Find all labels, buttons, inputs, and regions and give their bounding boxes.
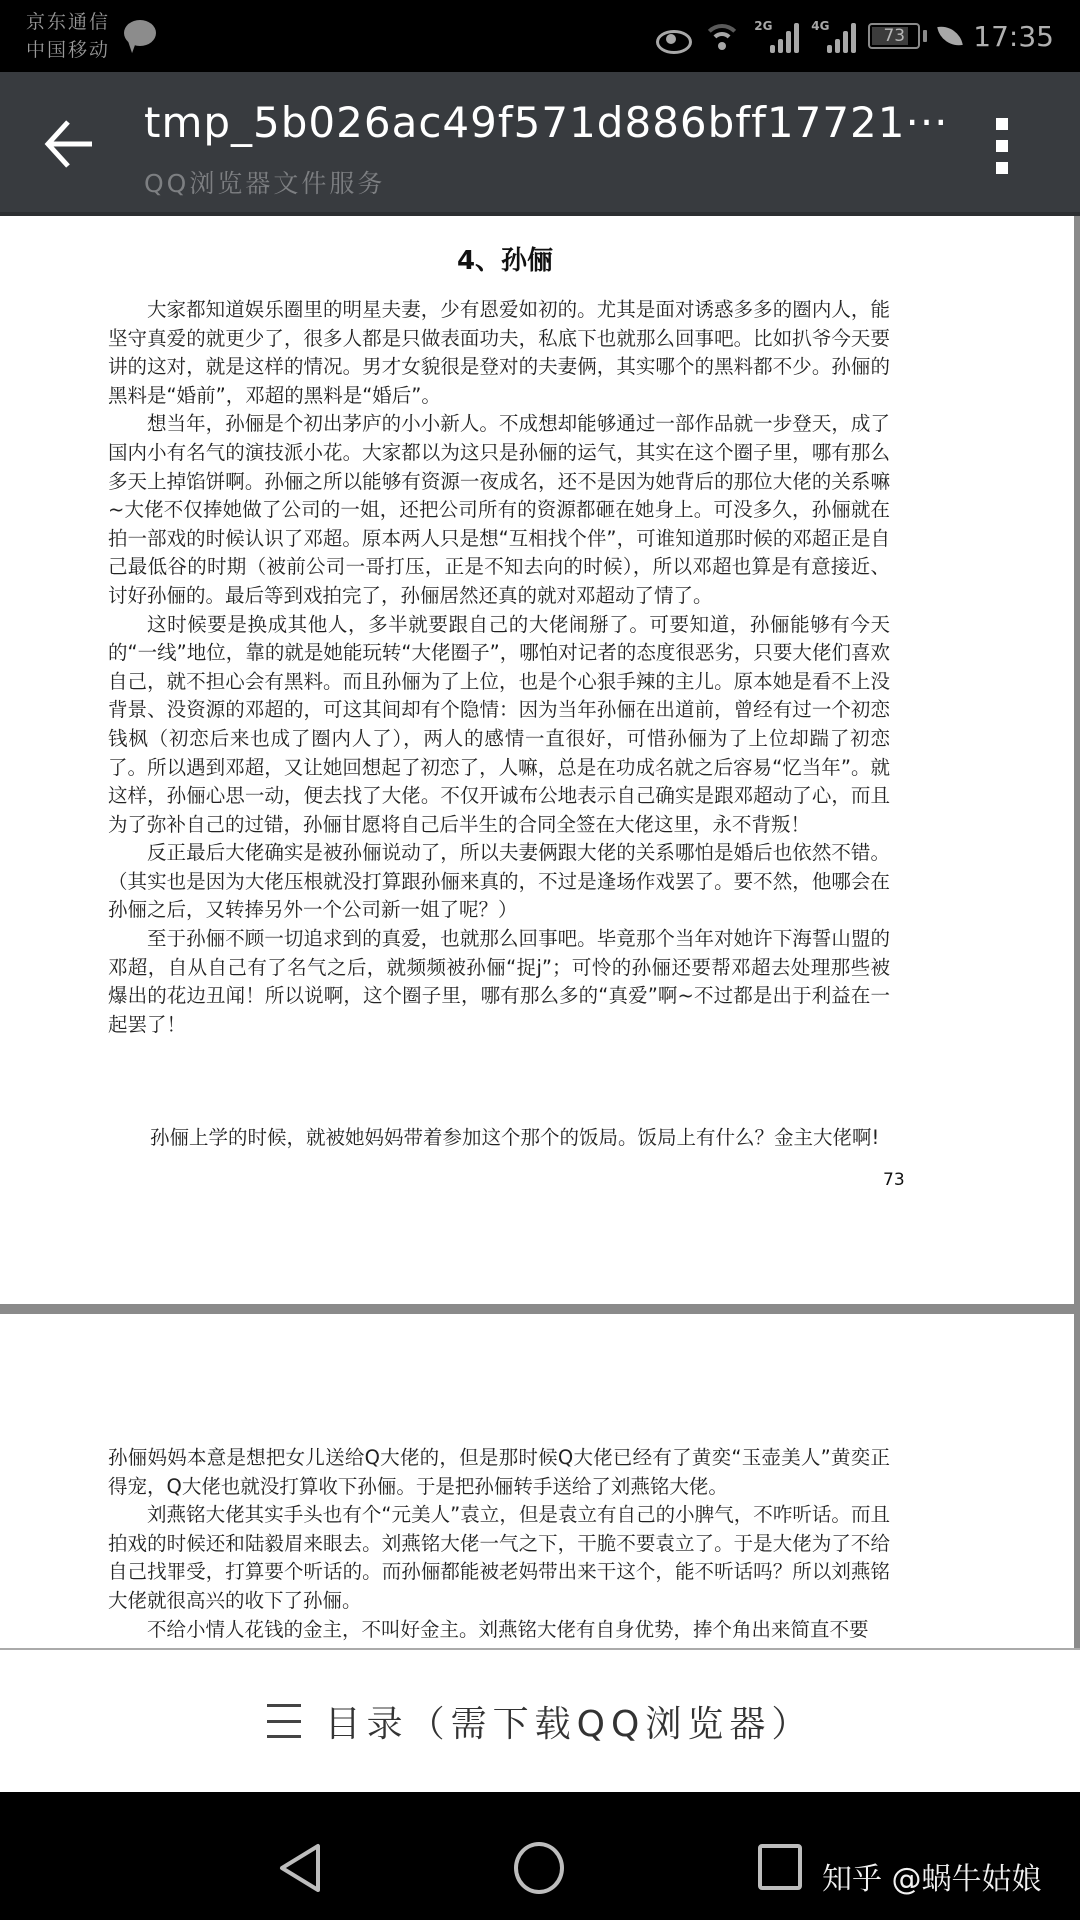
file-subtitle: QQ浏览器文件服务 bbox=[144, 164, 385, 200]
clock: 17:35 bbox=[973, 20, 1054, 53]
page1-body: 大家都知道娱乐圈里的明星夫妻，少有恩爱如初的。尤其是面对诱惑多多的圈内人，能坚守… bbox=[108, 296, 890, 1039]
carrier-2: 中国移动 bbox=[26, 36, 110, 64]
status-bar: 京东通信 中国移动 2G 4G 73 17:35 bbox=[0, 0, 1080, 72]
toc-bar: 目录（需下载QQ浏览器） bbox=[0, 1648, 1080, 1792]
system-nav-bar: 知乎 @蜗牛姑娘 bbox=[0, 1792, 1080, 1920]
paragraph: 想当年，孙俪是个初出茅庐的小小新人。不成想却能够通过一部作品就一步登天，成了国内… bbox=[108, 410, 890, 610]
status-icons: 2G 4G 73 17:35 bbox=[654, 14, 1054, 58]
vertical-scrollbar[interactable] bbox=[1074, 216, 1080, 1648]
back-button[interactable] bbox=[40, 116, 100, 172]
page-number: 73 bbox=[883, 1170, 905, 1190]
paragraph: 反正最后大佬确实是被孙俪说动了，所以夫妻俩跟大佬的关系哪怕是婚后也依然不错。（其… bbox=[108, 839, 890, 925]
document-viewer[interactable]: 4、孙俪 大家都知道娱乐圈里的明星夫妻，少有恩爱如初的。尤其是面对诱惑多多的圈内… bbox=[0, 216, 1080, 1648]
message-notification-icon bbox=[124, 20, 156, 46]
arrow-left-icon bbox=[40, 116, 100, 172]
recent-apps-square-icon[interactable] bbox=[758, 1844, 802, 1890]
wifi-icon bbox=[702, 20, 742, 52]
carrier-info: 京东通信 中国移动 bbox=[26, 8, 110, 64]
battery-level: 73 bbox=[883, 26, 905, 46]
paragraph: 至于孙俪不顾一切追求到的真爱，也就那么回事吧。毕竟那个当年对她许下海誓山盟的邓超… bbox=[108, 925, 890, 1039]
eye-comfort-icon bbox=[654, 21, 690, 51]
back-triangle-icon[interactable] bbox=[278, 1842, 322, 1894]
chapter-title: 4、孙俪 bbox=[0, 240, 1010, 277]
more-vertical-icon bbox=[996, 118, 1008, 130]
paragraph: 孙俪妈妈本意是想把女儿送给Q大佬的，但是那时候Q大佬已经有了黄奕“玉壶美人”黄奕… bbox=[108, 1444, 890, 1501]
signal-4g-icon: 4G bbox=[811, 19, 856, 53]
page2-body: 孙俪妈妈本意是想把女儿送给Q大佬的，但是那时候Q大佬已经有了黄奕“玉壶美人”黄奕… bbox=[108, 1444, 890, 1644]
page-separator bbox=[0, 1304, 1074, 1314]
paragraph: 这时候要是换成其他人，多半就要跟自己的大佬闹掰了。可要知道，孙俪能够有今天的“一… bbox=[108, 611, 890, 840]
home-circle-icon[interactable] bbox=[514, 1842, 564, 1894]
document-page-73: 4、孙俪 大家都知道娱乐圈里的明星夫妻，少有恩爱如初的。尤其是面对诱惑多多的圈内… bbox=[0, 216, 1074, 1304]
more-options-button[interactable] bbox=[996, 118, 1008, 174]
paragraph: 刘燕铭大佬其实手头也有个“元美人”袁立，但是袁立有自己的小脾气，不咋听话。而且拍… bbox=[108, 1501, 890, 1615]
battery-icon: 73 bbox=[868, 23, 927, 49]
table-of-contents-button[interactable]: 目录（需下载QQ浏览器） bbox=[267, 1696, 814, 1747]
zhihu-watermark: 知乎 @蜗牛姑娘 bbox=[822, 1854, 1042, 1898]
document-page-74: 孙俪妈妈本意是想把女儿送给Q大佬的，但是那时候Q大佬已经有了黄奕“玉壶美人”黄奕… bbox=[0, 1314, 1074, 1648]
paragraph: 大家都知道娱乐圈里的明星夫妻，少有恩爱如初的。尤其是面对诱惑多多的圈内人，能坚守… bbox=[108, 296, 890, 410]
app-bar: tmp_5b026ac49f571d886bff17721··· QQ浏览器文件… bbox=[0, 72, 1080, 216]
paragraph: 不给小情人花钱的金主，不叫好金主。刘燕铭大佬有自身优势，捧个角出来简直不要 bbox=[108, 1616, 890, 1645]
toc-label: 目录（需下载QQ浏览器） bbox=[325, 1696, 814, 1747]
carrier-1: 京东通信 bbox=[26, 8, 110, 36]
list-icon bbox=[267, 1704, 301, 1738]
leaf-icon bbox=[938, 23, 963, 48]
file-title: tmp_5b026ac49f571d886bff17721··· bbox=[144, 98, 944, 147]
highlight-line: 孙俪上学的时候，就被她妈妈带着参加这个那个的饭局。饭局上有什么？金主大佬啊! bbox=[150, 1122, 879, 1150]
signal-2g-icon: 2G bbox=[754, 19, 799, 53]
